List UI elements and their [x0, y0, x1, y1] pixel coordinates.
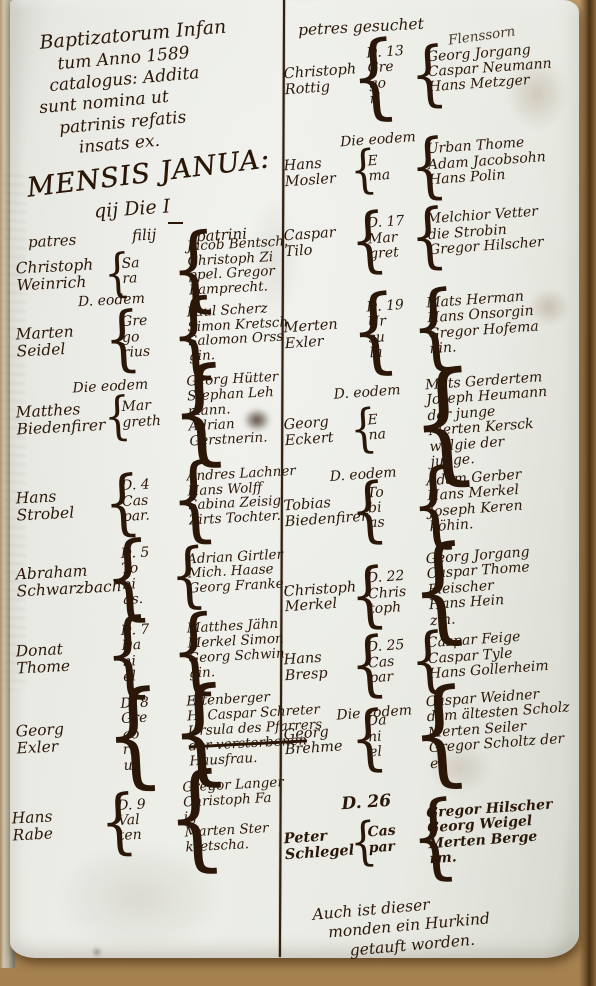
brace: {	[168, 462, 188, 537]
brace: {	[349, 821, 368, 863]
brace: {	[103, 252, 121, 294]
brace: {	[99, 793, 118, 850]
father-name: HansBresp	[283, 649, 349, 685]
father-name: CasparTilo	[283, 225, 349, 261]
brace: {	[164, 772, 185, 864]
text-line: Merkel	[284, 596, 349, 616]
baptism-entry: GeorgExler { D. 8Gregorius { Ettenberger…	[14, 688, 306, 780]
brace: {	[407, 688, 429, 781]
text-line: Seidel	[16, 339, 103, 361]
father-name: PeterSchlegel	[283, 827, 349, 863]
text-line: Exler	[284, 333, 349, 353]
brace: {	[349, 408, 368, 450]
brace: {	[348, 710, 368, 768]
brace: {	[407, 800, 428, 875]
father-name: GeorgBrehme	[283, 723, 349, 759]
register-title: Baptizatorum Infantum Anno 1589catalogus…	[27, 16, 237, 163]
text-line: Biedenfirer	[16, 417, 103, 439]
text-line: Schwarzbach	[16, 579, 103, 601]
father-name: GeorgEckert	[283, 414, 349, 450]
father-name: GeorgExler	[15, 719, 103, 758]
text-line: Weinrich	[16, 273, 103, 295]
father-name: TobiasBiedenfirer	[283, 495, 349, 531]
text-line: Schlegel	[284, 843, 349, 863]
baptism-entry: Die eodem MatthesBiedenfirer { Margreth …	[14, 369, 306, 459]
brace: {	[408, 45, 428, 103]
father-name: HansStrobel	[15, 486, 103, 525]
brace: {	[348, 636, 368, 694]
text-line: Tilo	[284, 241, 349, 261]
text-line: Exler	[16, 737, 103, 759]
brace: {	[348, 567, 368, 625]
godparents: Georg JorgangCaspar NeumannHans Metzger	[426, 39, 581, 96]
book-cover-edge	[579, 0, 596, 986]
father-name: HansRabe	[11, 806, 99, 845]
baptism-entry: HansRabe { D. 9Valten { Gregor LangerChr…	[10, 775, 302, 865]
brace: {	[348, 212, 368, 270]
brace: {	[103, 395, 121, 437]
father-name: ChristophMerkel	[283, 580, 349, 616]
father-name: ChristophRottig	[283, 63, 349, 99]
text-line: Brehme	[284, 739, 349, 759]
father-name: DonatThome	[15, 639, 103, 678]
text-line: Thome	[16, 656, 103, 678]
brace: {	[348, 294, 369, 369]
text-line: Mosler	[284, 171, 349, 191]
brace: {	[408, 137, 428, 195]
father-name: MertenExler	[283, 317, 349, 353]
text-line: Rottig	[284, 79, 349, 99]
ink-dot	[93, 948, 101, 956]
brace: {	[348, 40, 369, 115]
text-line: Rabe	[12, 823, 99, 845]
manuscript-photo: Baptizatorum Infantum Anno 1589catalogus…	[0, 0, 596, 986]
text-line: Eckert	[284, 430, 349, 450]
text-line: Strobel	[16, 503, 103, 525]
brace: {	[103, 310, 122, 367]
brace: {	[348, 481, 368, 539]
brace: {	[349, 149, 368, 191]
text-line: Biedenfirer	[284, 511, 349, 531]
father-name: MatthesBiedenfirer	[15, 400, 103, 439]
father-name: HansMosler	[283, 155, 349, 191]
father-name: ChristophWeinrich	[15, 256, 103, 295]
father-name: MartenSeidel	[15, 322, 103, 361]
father-name: AbrahamSchwarzbach	[15, 562, 103, 601]
text-line: Bresp	[284, 665, 349, 685]
brace: {	[408, 207, 428, 265]
brace: {	[102, 690, 123, 782]
